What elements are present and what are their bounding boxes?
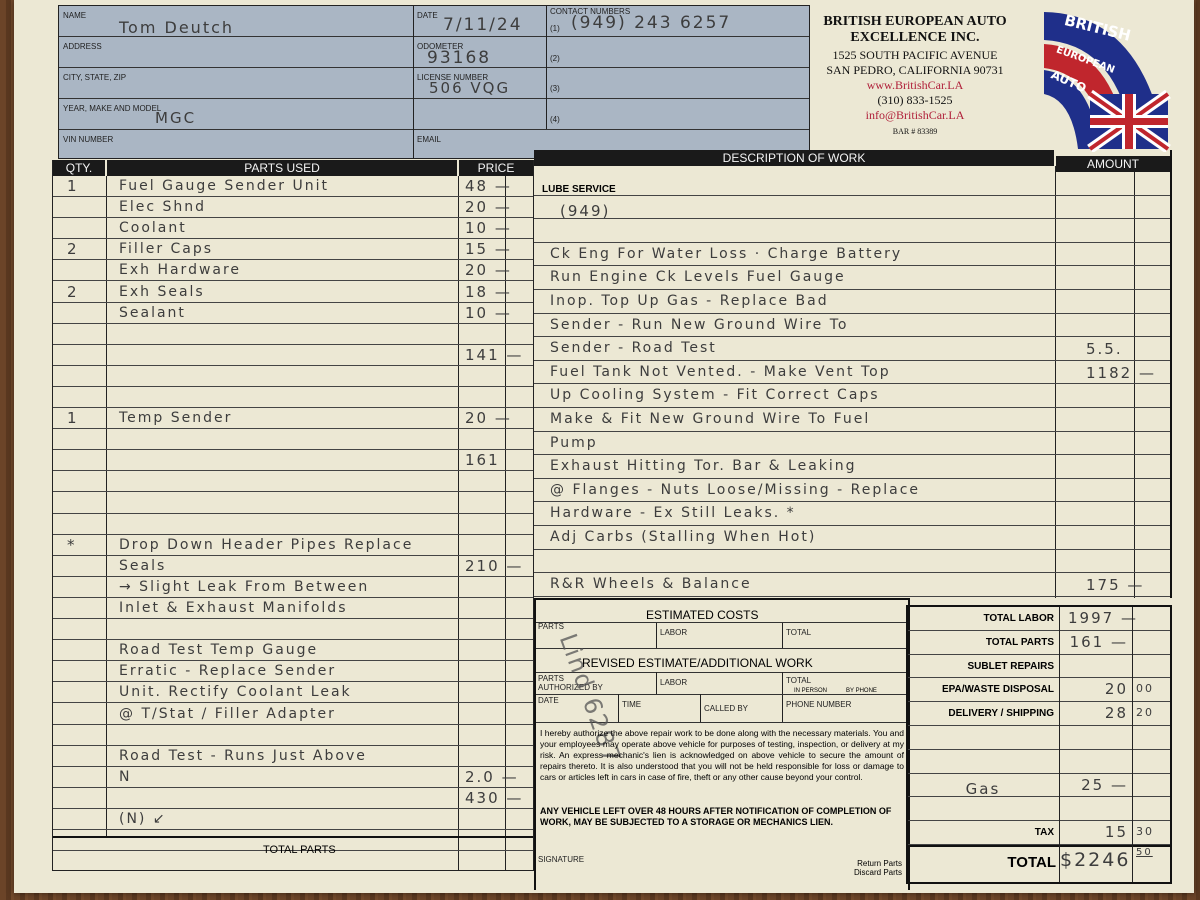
repair-order-form: NAME Tom Deutch ADDRESS CITY, STATE, ZIP… <box>14 0 1194 893</box>
work-line-amount[interactable]: 1182 — <box>1086 364 1156 382</box>
contact-1-field[interactable]: (949) 243 6257 <box>571 13 731 33</box>
parts-row: 2 Filler Caps 15 — <box>53 239 533 260</box>
british-european-auto-logo: BRITISH EUROPEAN AUTO <box>1034 4 1174 152</box>
revised-estimate-title: REVISED ESTIMATE/ADDITIONAL WORK <box>582 656 813 670</box>
parts-row-description[interactable]: (N) ↙ <box>119 811 167 827</box>
totals-row: Gas 25 — <box>908 774 1170 798</box>
company-address1: 1525 SOUTH PACIFIC AVENUE <box>810 48 1020 63</box>
work-line: Exhaust Hitting Tor. Bar & Leaking <box>534 455 1170 479</box>
parts-row-price[interactable]: 18 — <box>465 283 512 301</box>
work-line-text[interactable]: Pump <box>550 435 598 451</box>
totals-row-label: TOTAL LABOR <box>912 613 1054 624</box>
totals-row-label: DELIVERY / SHIPPING <box>912 708 1054 719</box>
work-line-text[interactable]: Adj Carbs (Stalling When Hot) <box>550 529 816 545</box>
vin-label: VIN NUMBER <box>63 135 113 144</box>
parts-row: Road Test Temp Gauge <box>53 640 533 661</box>
totals-row: SUBLET REPAIRS <box>908 655 1170 679</box>
vehicle-label: YEAR, MAKE AND MODEL <box>63 104 161 113</box>
work-line-text[interactable]: Ck Eng For Water Loss · Charge Battery <box>550 246 902 262</box>
company-phone: (310) 833-1525 <box>810 93 1020 108</box>
work-line: Run Engine Ck Levels Fuel Gauge <box>534 266 1170 290</box>
license-field[interactable]: 506 VQG <box>429 79 510 97</box>
parts-row-qty[interactable]: * <box>67 536 77 554</box>
parts-row: @ T/Stat / Filler Adapter <box>53 704 533 725</box>
parts-row <box>53 471 533 492</box>
parts-row-description[interactable]: Elec Shnd <box>119 199 206 215</box>
work-line-text[interactable]: Sender - Road Test <box>550 340 717 356</box>
parts-row: N 2.0 — <box>53 767 533 788</box>
amount-header: AMOUNT <box>1056 156 1170 172</box>
totals-row-label: SUBLET REPAIRS <box>912 661 1054 672</box>
parts-row-description[interactable]: Erratic - Replace Sender <box>119 663 336 679</box>
totals-row: DELIVERY / SHIPPING 28 20 <box>908 702 1170 726</box>
parts-row <box>53 514 533 535</box>
work-line-amount[interactable]: 5.5. <box>1086 340 1123 358</box>
estimate-labor-label: LABOR <box>660 628 687 637</box>
date-label: DATE <box>417 11 438 20</box>
parts-row <box>53 429 533 450</box>
parts-row-description[interactable]: Coolant <box>119 220 187 236</box>
company-header: BRITISH EUROPEAN AUTO EXCELLENCE INC. 15… <box>810 8 1020 148</box>
parts-row-price[interactable]: 2.0 — <box>465 768 519 786</box>
contact-4-index: (4) <box>550 115 560 124</box>
work-line-text[interactable]: R&R Wheels & Balance <box>550 576 752 592</box>
description-of-work-header: DESCRIPTION OF WORK <box>534 150 1054 166</box>
work-line-text[interactable]: Run Engine Ck Levels Fuel Gauge <box>550 269 846 285</box>
parts-row: Seals 210 — <box>53 556 533 577</box>
return-parts-option[interactable]: Return Parts <box>857 859 902 868</box>
parts-row: 141 — <box>53 345 533 366</box>
work-line: @ Flanges - Nuts Loose/Missing - Replace <box>534 479 1170 503</box>
company-name-line2: EXCELLENCE INC. <box>810 30 1020 46</box>
parts-row-price[interactable]: 15 — <box>465 240 512 258</box>
totals-row-cents[interactable]: 20 <box>1136 706 1154 719</box>
parts-row: 2 Exh Seals 18 — <box>53 282 533 303</box>
work-line: Ck Eng For Water Loss · Charge Battery <box>534 243 1170 267</box>
work-line-text[interactable]: Inop. Top Up Gas - Replace Bad <box>550 293 829 309</box>
parts-row-description[interactable]: Road Test - Runs Just Above <box>119 748 367 764</box>
bar-number: BAR # 83389 <box>810 127 1020 136</box>
totals-row-dollars[interactable]: 161 — <box>1068 633 1128 651</box>
company-email-link[interactable]: info@BritishCar.LA <box>810 108 1020 123</box>
estimated-costs-title: ESTIMATED COSTS <box>646 608 758 622</box>
work-line: Sender - Run New Ground Wire To <box>534 314 1170 338</box>
work-line: Fuel Tank Not Vented. - Make Vent Top 11… <box>534 361 1170 385</box>
work-line <box>534 196 1170 220</box>
work-line: Make & Fit New Ground Wire To Fuel <box>534 408 1170 432</box>
work-line <box>534 219 1170 243</box>
signature-label: SIGNATURE <box>538 855 584 864</box>
parts-row <box>53 619 533 640</box>
parts-row-description[interactable]: Road Test Temp Gauge <box>119 642 318 658</box>
company-name-line1: BRITISH EUROPEAN AUTO <box>810 14 1020 30</box>
parts-row: Unit. Rectify Coolant Leak <box>53 682 533 703</box>
work-line <box>534 172 1170 196</box>
totals-row-label: Gas <box>912 780 1054 798</box>
parts-row: 430 — <box>53 788 533 809</box>
work-line-amount[interactable]: 175 — <box>1086 576 1144 594</box>
totals-row: TAX 15 30 <box>908 821 1170 845</box>
odometer-field[interactable]: 93168 <box>427 48 491 68</box>
revised-labor-label: LABOR <box>660 678 687 687</box>
address-label: ADDRESS <box>63 42 102 51</box>
totals-row-cents[interactable]: 00 <box>1136 682 1154 695</box>
work-line <box>534 550 1170 574</box>
parts-row-price[interactable]: 210 — <box>465 557 523 575</box>
grand-total-label: TOTAL <box>998 854 1056 871</box>
totals-row-dollars[interactable]: 1997 — <box>1068 609 1128 627</box>
parts-row: Road Test - Runs Just Above <box>53 746 533 767</box>
parts-row-description[interactable]: Exh Hardware <box>119 262 241 278</box>
parts-row: 1 Temp Sender 20 — <box>53 408 533 429</box>
work-line-text[interactable]: Sender - Run New Ground Wire To <box>550 317 848 333</box>
totals-block: TOTAL LABOR 1997 — TOTAL PARTS 161 — SUB… <box>906 605 1172 884</box>
revised-total-label: TOTAL <box>786 676 811 685</box>
work-line: Sender - Road Test 5.5. <box>534 337 1170 361</box>
parts-row-qty[interactable]: 2 <box>67 283 79 301</box>
parts-row-price[interactable]: 20 — <box>465 261 512 279</box>
totals-row-label: TOTAL PARTS <box>912 637 1054 648</box>
totals-row-dollars[interactable]: 20 <box>1068 680 1128 698</box>
parts-row-price[interactable]: 48 — <box>465 177 512 195</box>
parts-row <box>53 725 533 746</box>
totals-row-label: EPA/WASTE DISPOSAL <box>912 684 1054 695</box>
totals-row: TOTAL LABOR 1997 — <box>908 607 1170 631</box>
contact-3-index: (3) <box>550 84 560 93</box>
parts-row-description[interactable]: Unit. Rectify Coolant Leak <box>119 684 352 700</box>
parts-row-price[interactable]: 10 — <box>465 219 512 237</box>
totals-row: EPA/WASTE DISPOSAL 20 00 <box>908 678 1170 702</box>
work-line-text[interactable]: @ Flanges - Nuts Loose/Missing - Replace <box>550 482 920 498</box>
totals-row-dollars[interactable]: 25 — <box>1068 776 1128 794</box>
contact-1-index: (1) <box>550 24 560 33</box>
parts-table: QTY. PARTS USED PRICE 1 Fuel Gauge Sende… <box>52 160 534 871</box>
totals-row-dollars[interactable]: 15 <box>1068 823 1128 841</box>
phone-number-label: PHONE NUMBER <box>786 700 851 709</box>
estimate-total-label: TOTAL <box>786 628 811 637</box>
name-field[interactable]: Tom Deutch <box>119 18 234 37</box>
parts-row-description[interactable]: Drop Down Header Pipes Replace <box>119 537 413 553</box>
parts-row: → Slight Leak From Between <box>53 577 533 598</box>
grand-total-dollars: $2246 <box>1060 849 1130 871</box>
work-line: Adj Carbs (Stalling When Hot) <box>534 526 1170 550</box>
customer-info-block: NAME Tom Deutch ADDRESS CITY, STATE, ZIP… <box>58 5 810 159</box>
email-label: EMAIL <box>417 135 441 144</box>
called-by-label: CALLED BY <box>704 704 748 713</box>
work-line-text[interactable]: Exhaust Hitting Tor. Bar & Leaking <box>550 458 857 474</box>
date-called-label: DATE <box>538 696 559 705</box>
estimate-parts-label: PARTS <box>538 622 564 631</box>
work-line: Up Cooling System - Fit Correct Caps <box>534 384 1170 408</box>
work-line: R&R Wheels & Balance 175 — <box>534 573 1170 597</box>
price-header: PRICE <box>459 160 533 176</box>
parts-row-price[interactable]: 20 — <box>465 198 512 216</box>
parts-row-description[interactable]: Exh Seals <box>119 284 205 300</box>
contact-2-index: (2) <box>550 54 560 63</box>
work-line: Inop. Top Up Gas - Replace Bad <box>534 290 1170 314</box>
qty-header: QTY. <box>53 160 105 176</box>
work-description-table: DESCRIPTION OF WORK AMOUNT LUBE SERVICE … <box>534 150 1172 598</box>
storage-lien-warning: ANY VEHICLE LEFT OVER 48 HOURS AFTER NOT… <box>540 806 904 828</box>
parts-row <box>53 366 533 387</box>
estimate-block: ESTIMATED COSTS PARTS LABOR TOTAL REVISE… <box>534 598 910 890</box>
parts-row-qty[interactable]: 1 <box>67 177 79 195</box>
parts-row: (N) ↙ <box>53 809 533 830</box>
work-line: Pump <box>534 432 1170 456</box>
parts-row-price[interactable]: 161 <box>465 451 500 469</box>
authorization-text: I hereby authorize the above repair work… <box>540 728 904 783</box>
grand-total-cents: 50 <box>1136 847 1153 858</box>
parts-row: 161 <box>53 450 533 471</box>
parts-row-price[interactable]: 141 — <box>465 346 523 364</box>
parts-row-description[interactable]: N <box>119 769 131 785</box>
parts-row <box>53 493 533 514</box>
work-line-text[interactable]: Hardware - Ex Still Leaks. * <box>550 505 796 521</box>
parts-row: Coolant 10 — <box>53 218 533 239</box>
date-field[interactable]: 7/11/24 <box>443 15 523 35</box>
parts-row-description[interactable]: → Slight Leak From Between <box>119 579 369 595</box>
parts-row: Inlet & Exhaust Manifolds <box>53 598 533 619</box>
work-line: Hardware - Ex Still Leaks. * <box>534 502 1170 526</box>
city-label: CITY, STATE, ZIP <box>63 73 126 82</box>
parts-used-header: PARTS USED <box>107 160 457 176</box>
parts-row: Erratic - Replace Sender <box>53 661 533 682</box>
revised-parts-label: PARTS <box>538 674 564 683</box>
totals-row-label: TAX <box>912 827 1054 838</box>
parts-row-description[interactable]: Seals <box>119 558 166 574</box>
company-address2: SAN PEDRO, CALIFORNIA 90731 <box>810 63 1020 78</box>
parts-row: 1 Fuel Gauge Sender Unit 48 — <box>53 176 533 197</box>
time-label: TIME <box>622 700 641 709</box>
parts-row: Sealant 10 — <box>53 303 533 324</box>
parts-row <box>53 387 533 408</box>
parts-row-description[interactable]: Inlet & Exhaust Manifolds <box>119 600 348 616</box>
parts-row-price[interactable]: 430 — <box>465 789 523 807</box>
vehicle-field[interactable]: MGC <box>155 109 196 127</box>
parts-row: Exh Hardware 20 — <box>53 260 533 281</box>
work-line-text[interactable]: Make & Fit New Ground Wire To Fuel <box>550 411 870 427</box>
total-parts-label: TOTAL PARTS <box>263 844 336 856</box>
totals-row-dollars[interactable]: 28 <box>1068 704 1128 722</box>
company-website-link[interactable]: www.BritishCar.LA <box>810 78 1020 93</box>
totals-row-cents[interactable]: 30 <box>1136 825 1154 838</box>
totals-row <box>908 726 1170 750</box>
parts-row-description[interactable]: Fuel Gauge Sender Unit <box>119 178 329 194</box>
parts-row-description[interactable]: Sealant <box>119 305 186 321</box>
parts-row-description[interactable]: Temp Sender <box>119 410 232 426</box>
discard-parts-option[interactable]: Discard Parts <box>854 868 902 877</box>
parts-row-price[interactable]: 10 — <box>465 304 512 322</box>
parts-row <box>53 324 533 345</box>
totals-row: TOTAL PARTS 161 — <box>908 631 1170 655</box>
parts-row: * Drop Down Header Pipes Replace <box>53 535 533 556</box>
totals-row <box>908 750 1170 774</box>
name-label: NAME <box>63 11 86 20</box>
work-line-text[interactable]: Up Cooling System - Fit Correct Caps <box>550 387 880 403</box>
parts-row-description[interactable]: Filler Caps <box>119 241 213 257</box>
parts-row: Elec Shnd 20 — <box>53 197 533 218</box>
parts-row-qty[interactable]: 2 <box>67 240 79 258</box>
work-line-text[interactable]: Fuel Tank Not Vented. - Make Vent Top <box>550 364 891 380</box>
parts-row-description[interactable]: @ T/Stat / Filler Adapter <box>119 706 336 722</box>
parts-row-qty[interactable]: 1 <box>67 409 79 427</box>
parts-row-price[interactable]: 20 — <box>465 409 512 427</box>
totals-row <box>908 797 1170 821</box>
